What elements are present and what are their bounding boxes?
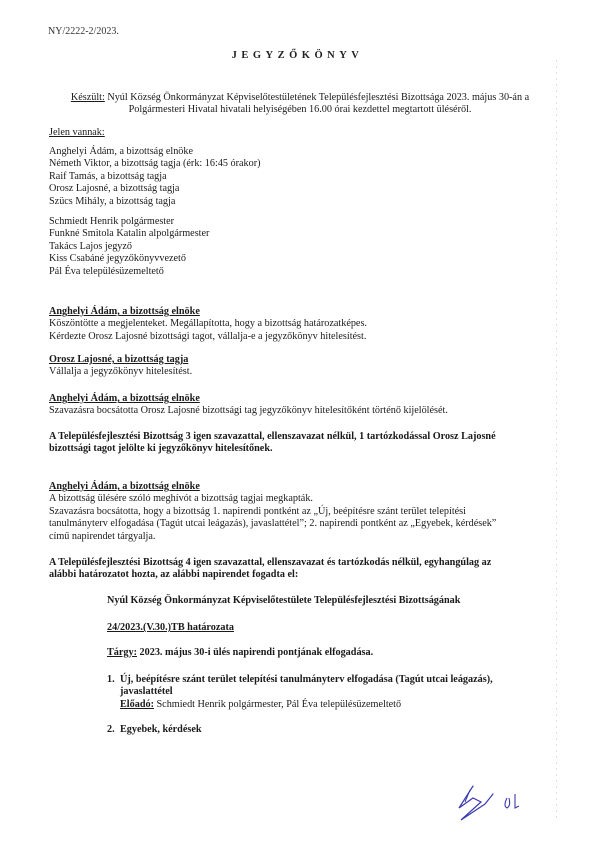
member-item: Orosz Lajosné, a bizottság tagja (49, 183, 557, 195)
guest-item: Kiss Csabáné jegyzőkönyvvezető (49, 253, 557, 265)
section-line: Vállalja a jegyzőkönyv hitelesítést. (49, 366, 557, 378)
section-line: Szavazásra bocsátotta, hogy a bizottság … (49, 506, 557, 518)
presenter-text: Schmiedt Henrik polgármester, Pál Éva te… (154, 699, 401, 710)
item-number: 2. (107, 724, 120, 736)
resolution-number: 24/2023.(V.30.)TB határozata (107, 622, 234, 634)
intro-line-1: Nyúl Község Önkormányzat Képviselőtestül… (105, 92, 529, 103)
section-line: tanulmányterv elfogadása (Tagút utcai le… (49, 518, 557, 530)
reference-number: NY/2222-2/2023. (48, 26, 119, 38)
subject-text: 2023. május 30-i ülés napirendi pontjána… (137, 647, 373, 658)
intro-paragraph: Készült: Nyúl Község Önkormányzat Képvis… (40, 92, 560, 117)
vote-result-1: A Településfejlesztési Bizottság 3 igen … (49, 431, 557, 456)
item-number: 1. (107, 674, 120, 686)
document-title: JEGYZŐKÖNYV (0, 50, 595, 62)
signature-icon (455, 780, 565, 825)
member-item: Németh Viktor, a bizottság tagja (érk: 1… (49, 158, 557, 170)
guests-list: Schmiedt Henrik polgármester Funkné Smit… (49, 216, 557, 278)
member-item: Anghelyi Ádám, a bizottság elnöke (49, 146, 557, 158)
present-heading: Jelen vannak: (49, 127, 557, 139)
guest-item: Schmiedt Henrik polgármester (49, 216, 557, 228)
item-title: Egyebek, kérdések (120, 724, 202, 735)
guest-item: Takács Lajos jegyző (49, 241, 557, 253)
vote-result-2: A Településfejlesztési Bizottság 4 igen … (49, 557, 557, 582)
guest-item: Pál Éva településüzemeltető (49, 266, 557, 278)
vote-line: A Településfejlesztési Bizottság 4 igen … (49, 557, 557, 569)
guest-item: Funkné Smitola Katalin alpolgármester (49, 228, 557, 240)
member-item: Raif Tamás, a bizottság tagja (49, 171, 557, 183)
agenda-item-1: 1.Új, beépítésre szánt terület telepítés… (107, 674, 557, 711)
section-chair-opening: Anghelyi Ádám, a bizottság elnöke Köszön… (49, 306, 557, 343)
speaker-heading: Orosz Lajosné, a bizottság tagja (49, 354, 557, 366)
vote-line: bizottsági tagot jelölte ki jegyzőkönyv … (49, 443, 557, 455)
section-line: A bizottság ülésére szóló meghívót a biz… (49, 493, 557, 505)
section-line: Köszöntötte a megjelenteket. Megállapíto… (49, 318, 557, 330)
subject-label: Tárgy: (107, 647, 137, 658)
speaker-heading: Anghelyi Ádám, a bizottság elnöke (49, 481, 557, 493)
section-member-reply: Orosz Lajosné, a bizottság tagja Vállalj… (49, 354, 557, 379)
vote-line: A Településfejlesztési Bizottság 3 igen … (49, 431, 557, 443)
signatures (455, 780, 565, 829)
members-list: Anghelyi Ádám, a bizottság elnöke Németh… (49, 146, 557, 208)
member-item: Szücs Mihály, a bizottság tagja (49, 196, 557, 208)
section-line: című napirendet tárgyalja. (49, 531, 557, 543)
intro-line-2: Polgármesteri Hivatal hivatali helyiségé… (40, 104, 560, 116)
item-title-cont: javaslattétel (107, 686, 557, 698)
speaker-heading: Anghelyi Ádám, a bizottság elnöke (49, 306, 557, 318)
resolution-body: Nyúl Község Önkormányzat Képviselőtestül… (107, 595, 460, 607)
section-line: Szavazásra bocsátotta Orosz Lajosné bizo… (49, 405, 557, 417)
section-agenda: Anghelyi Ádám, a bizottság elnöke A bizo… (49, 481, 557, 543)
item-title: Új, beépítésre szánt terület telepítési … (120, 674, 493, 685)
vote-line: alábbi határozatot hozta, az alábbi napi… (49, 569, 557, 581)
resolution-subject: Tárgy: 2023. május 30-i ülés napirendi p… (107, 647, 373, 659)
section-chair-vote-call: Anghelyi Ádám, a bizottság elnöke Szavaz… (49, 393, 557, 418)
section-line: Kérdezte Orosz Lajosné bizottsági tagot,… (49, 331, 557, 343)
agenda-item-2: 2.Egyebek, kérdések (107, 724, 557, 736)
intro-label: Készült: (71, 92, 105, 103)
speaker-heading: Anghelyi Ádám, a bizottság elnöke (49, 393, 557, 405)
present-heading-block: Jelen vannak: (49, 127, 557, 139)
presenter-label: Előadó: (120, 699, 154, 710)
